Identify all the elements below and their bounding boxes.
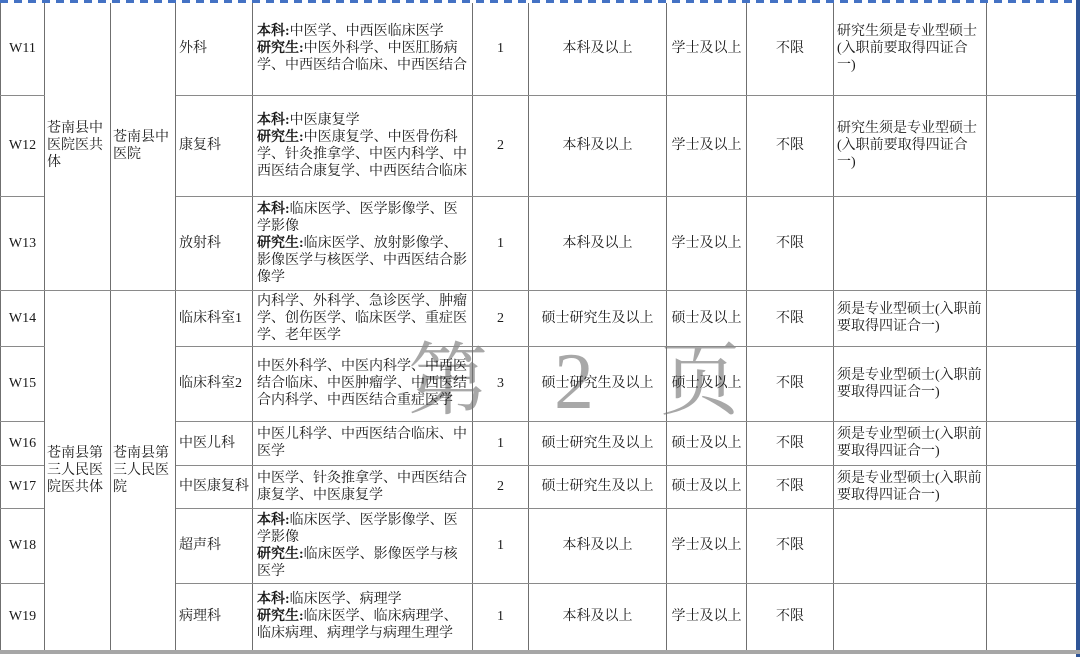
hospital-cell: 苍南县中医院	[111, 2, 176, 290]
education-cell: 本科及以上	[529, 583, 667, 650]
positions-table: W11 苍南县中医院医共体 苍南县中医院 外科 本科:中医学、中西医临床医学 研…	[0, 2, 1080, 651]
table-row: W14 苍南县第三人民医院医共体 苍南县第三人民医院 临床科室1 内科学、外科学…	[1, 290, 1080, 346]
remark-cell	[834, 196, 987, 290]
degree-level-label: 本科:	[257, 592, 290, 607]
age-limit-cell: 不限	[747, 2, 834, 95]
majors-line: 本科:临床医学、医学影像学、医学影像	[257, 512, 469, 546]
majors-line: 研究生:临床医学、放射影像学、影像医学与核医学、中西医结合影像学	[257, 235, 469, 286]
degree-cell: 学士及以上	[667, 196, 747, 290]
spreadsheet-page: 第 2 页 W11 苍南县中医院医共体 苍南县中医院 外科 本科:中医学、中西医…	[0, 0, 1080, 657]
headcount-cell: 1	[473, 508, 529, 583]
age-limit-cell: 不限	[747, 290, 834, 346]
remark-cell: 须是专业型硕士(入职前要取得四证合一)	[834, 290, 987, 346]
headcount-cell: 1	[473, 421, 529, 465]
headcount-cell: 1	[473, 196, 529, 290]
position-code-cell: W19	[1, 583, 45, 650]
headcount-cell: 3	[473, 346, 529, 421]
department-cell: 临床科室2	[176, 346, 253, 421]
department-cell: 中医康复科	[176, 465, 253, 508]
table-row: W11 苍南县中医院医共体 苍南县中医院 外科 本科:中医学、中西医临床医学 研…	[1, 2, 1080, 95]
empty-cell	[987, 508, 1080, 583]
majors-line: 研究生:临床医学、影像医学与核医学	[257, 546, 469, 580]
majors-cell: 本科:中医学、中西医临床医学 研究生:中医外科学、中医肛肠病学、中西医结合临床、…	[253, 2, 473, 95]
education-cell: 硕士研究生及以上	[529, 465, 667, 508]
headcount-cell: 1	[473, 583, 529, 650]
age-limit-cell: 不限	[747, 196, 834, 290]
education-cell: 本科及以上	[529, 2, 667, 95]
age-limit-cell: 不限	[747, 465, 834, 508]
majors-line: 内科学、外科学、急诊医学、肿瘤学、创伤医学、临床医学、重症医学、老年医学	[257, 293, 469, 344]
degree-cell: 学士及以上	[667, 2, 747, 95]
empty-cell	[987, 290, 1080, 346]
page-break-dashed-line	[0, 0, 1080, 3]
degree-cell: 硕士及以上	[667, 465, 747, 508]
majors-cell: 本科:临床医学、病理学 研究生:临床医学、临床病理学、临床病理、病理学与病理生理…	[253, 583, 473, 650]
department-cell: 临床科室1	[176, 290, 253, 346]
degree-cell: 硕士及以上	[667, 346, 747, 421]
majors-line: 研究生:中医外科学、中医肛肠病学、中西医结合临床、中西医结合	[257, 40, 469, 74]
majors-line: 中医外科学、中医内科学、中西医结合临床、中医肿瘤学、中西医结合内科学、中西医结合…	[257, 358, 469, 409]
degree-level-label: 研究生:	[257, 609, 304, 624]
headcount-cell: 2	[473, 95, 529, 196]
employer-cell: 苍南县中医院医共体	[45, 2, 111, 290]
hospital-cell: 苍南县第三人民医院	[111, 290, 176, 650]
headcount-cell: 2	[473, 290, 529, 346]
department-cell: 康复科	[176, 95, 253, 196]
degree-level-label: 研究生:	[257, 236, 304, 251]
education-cell: 硕士研究生及以上	[529, 346, 667, 421]
education-cell: 本科及以上	[529, 95, 667, 196]
degree-cell: 硕士及以上	[667, 290, 747, 346]
position-code-cell: W14	[1, 290, 45, 346]
department-cell: 放射科	[176, 196, 253, 290]
majors-cell: 本科:临床医学、医学影像学、医学影像 研究生:临床医学、影像医学与核医学	[253, 508, 473, 583]
remark-cell	[834, 583, 987, 650]
bottom-gray-line	[0, 650, 1080, 654]
remark-cell: 须是专业型硕士(入职前要取得四证合一)	[834, 465, 987, 508]
headcount-cell: 1	[473, 2, 529, 95]
department-cell: 中医儿科	[176, 421, 253, 465]
remark-cell	[834, 508, 987, 583]
education-cell: 本科及以上	[529, 508, 667, 583]
age-limit-cell: 不限	[747, 346, 834, 421]
remark-cell: 研究生须是专业型硕士(入职前要取得四证合一)	[834, 2, 987, 95]
majors-line: 本科:中医康复学	[257, 112, 469, 129]
degree-level-label: 研究生:	[257, 41, 304, 56]
empty-cell	[987, 196, 1080, 290]
education-cell: 本科及以上	[529, 196, 667, 290]
department-cell: 病理科	[176, 583, 253, 650]
remark-cell: 须是专业型硕士(入职前要取得四证合一)	[834, 346, 987, 421]
majors-line: 中医学、针灸推拿学、中西医结合康复学、中医康复学	[257, 470, 469, 504]
majors-line: 本科:临床医学、病理学	[257, 591, 469, 608]
age-limit-cell: 不限	[747, 421, 834, 465]
degree-cell: 学士及以上	[667, 508, 747, 583]
degree-level-label: 本科:	[257, 513, 290, 528]
majors-cell: 本科:中医康复学 研究生:中医康复学、中医骨伤科学、针灸推拿学、中医内科学、中西…	[253, 95, 473, 196]
degree-level-label: 本科:	[257, 202, 290, 217]
empty-cell	[987, 2, 1080, 95]
majors-line: 研究生:临床医学、临床病理学、临床病理、病理学与病理生理学	[257, 608, 469, 642]
department-cell: 超声科	[176, 508, 253, 583]
age-limit-cell: 不限	[747, 95, 834, 196]
empty-cell	[987, 346, 1080, 421]
degree-cell: 硕士及以上	[667, 421, 747, 465]
majors-cell: 中医外科学、中医内科学、中西医结合临床、中医肿瘤学、中西医结合内科学、中西医结合…	[253, 346, 473, 421]
position-code-cell: W13	[1, 196, 45, 290]
education-cell: 硕士研究生及以上	[529, 290, 667, 346]
majors-cell: 中医学、针灸推拿学、中西医结合康复学、中医康复学	[253, 465, 473, 508]
degree-cell: 学士及以上	[667, 95, 747, 196]
position-code-cell: W11	[1, 2, 45, 95]
degree-cell: 学士及以上	[667, 583, 747, 650]
position-code-cell: W12	[1, 95, 45, 196]
department-cell: 外科	[176, 2, 253, 95]
degree-level-label: 本科:	[257, 24, 290, 39]
degree-level-label: 研究生:	[257, 130, 304, 145]
majors-line: 研究生:中医康复学、中医骨伤科学、针灸推拿学、中医内科学、中西医结合康复学、中西…	[257, 129, 469, 180]
position-code-cell: W16	[1, 421, 45, 465]
remark-cell: 须是专业型硕士(入职前要取得四证合一)	[834, 421, 987, 465]
majors-cell: 中医儿科学、中西医结合临床、中医学	[253, 421, 473, 465]
empty-cell	[987, 95, 1080, 196]
majors-cell: 内科学、外科学、急诊医学、肿瘤学、创伤医学、临床医学、重症医学、老年医学	[253, 290, 473, 346]
page-break-solid-line	[1076, 0, 1080, 657]
majors-cell: 本科:临床医学、医学影像学、医学影像 研究生:临床医学、放射影像学、影像医学与核…	[253, 196, 473, 290]
age-limit-cell: 不限	[747, 583, 834, 650]
headcount-cell: 2	[473, 465, 529, 508]
education-cell: 硕士研究生及以上	[529, 421, 667, 465]
majors-line: 中医儿科学、中西医结合临床、中医学	[257, 426, 469, 460]
position-code-cell: W17	[1, 465, 45, 508]
remark-cell: 研究生须是专业型硕士(入职前要取得四证合一)	[834, 95, 987, 196]
empty-cell	[987, 583, 1080, 650]
position-code-cell: W15	[1, 346, 45, 421]
employer-cell: 苍南县第三人民医院医共体	[45, 290, 111, 650]
majors-line: 本科:中医学、中西医临床医学	[257, 23, 469, 40]
majors-line: 本科:临床医学、医学影像学、医学影像	[257, 201, 469, 235]
degree-level-label: 本科:	[257, 113, 290, 128]
age-limit-cell: 不限	[747, 508, 834, 583]
position-code-cell: W18	[1, 508, 45, 583]
empty-cell	[987, 421, 1080, 465]
degree-level-label: 研究生:	[257, 547, 304, 562]
empty-cell	[987, 465, 1080, 508]
